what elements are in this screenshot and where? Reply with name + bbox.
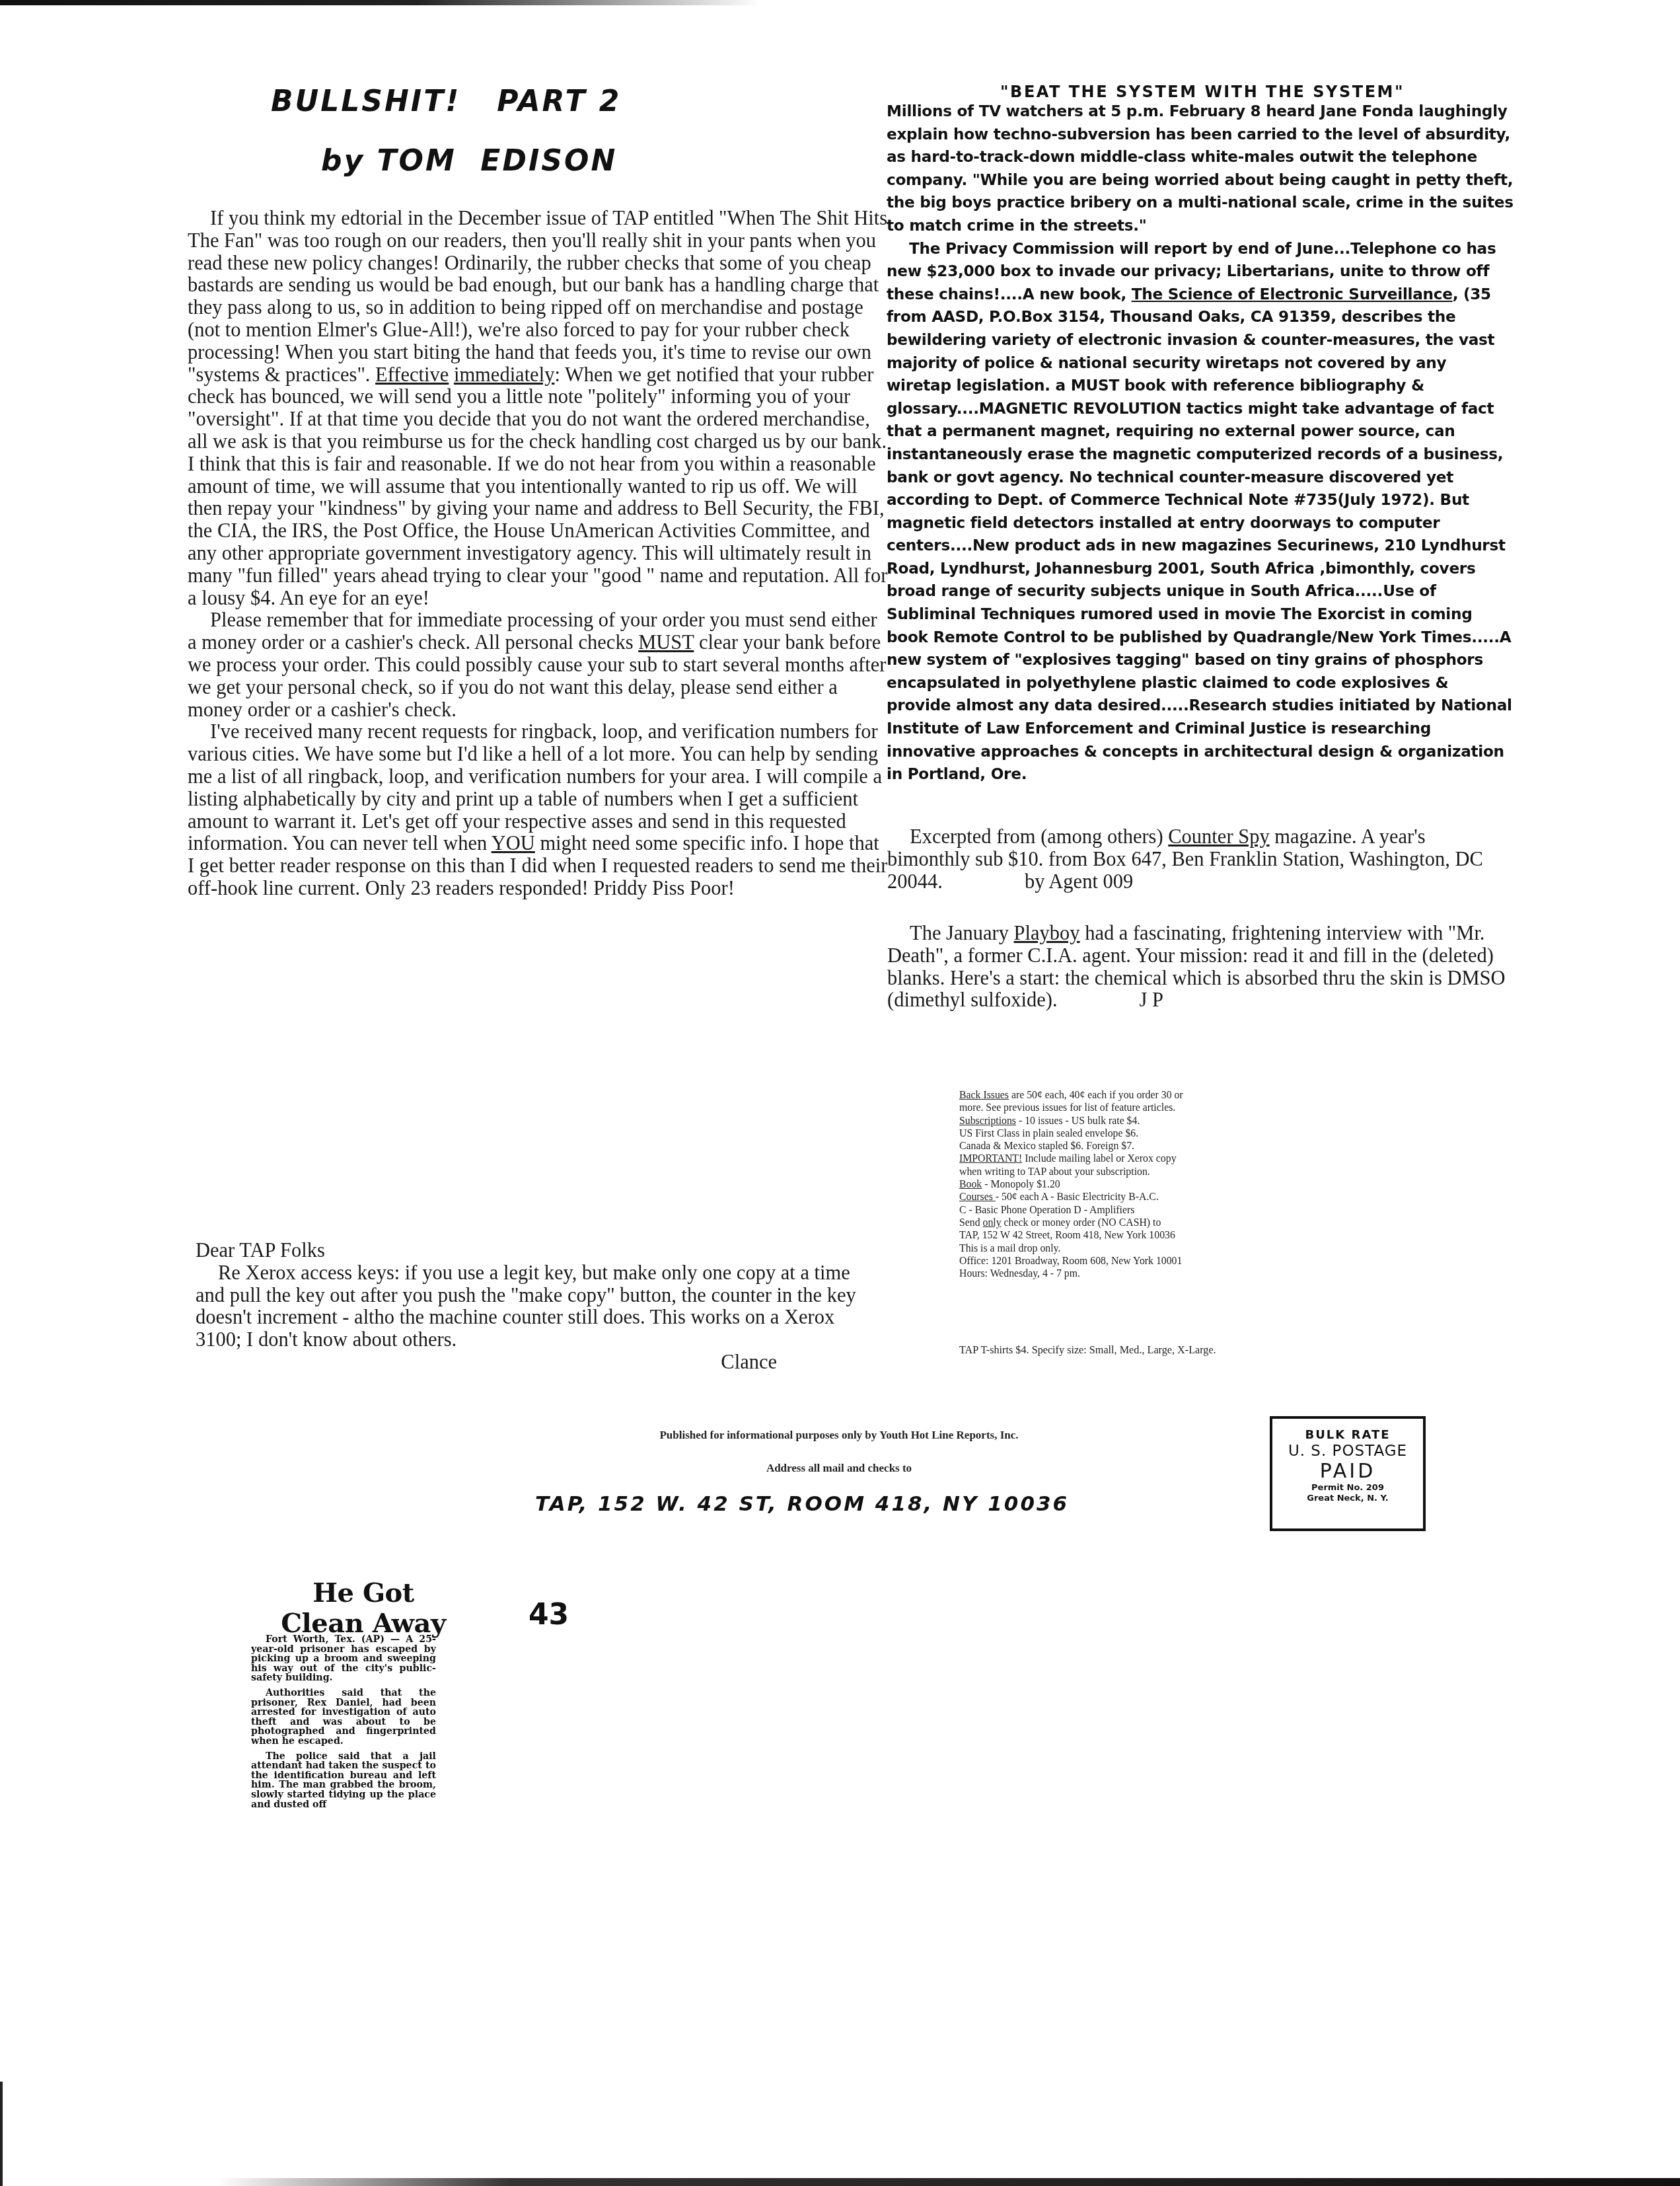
info-line: This is a mail drop only. — [959, 1242, 1382, 1255]
info-line: C - Basic Phone Operation D - Amplifiers — [959, 1204, 1382, 1217]
underlined-text: Courses — [959, 1191, 996, 1203]
underlined-text: Playboy — [1014, 922, 1080, 944]
article-paragraph: Please remember that for immediate proce… — [188, 609, 888, 721]
scan-edge-top — [0, 0, 760, 5]
subscription-info: Back Issues are 50¢ each, 40¢ each if yo… — [959, 1089, 1382, 1280]
article-paragraph: I've received many recent requests for r… — [188, 721, 888, 899]
info-line: TAP, 152 W 42 Street, Room 418, New York… — [959, 1229, 1382, 1242]
news-heading: "BEAT THE SYSTEM WITH THE SYSTEM" — [938, 83, 1467, 101]
letter-salutation: Dear TAP Folks — [196, 1240, 856, 1262]
info-line: US First Class in plain sealed envelope … — [959, 1127, 1382, 1140]
info-line: Canada & Mexico stapled $6. Foreign $7. — [959, 1140, 1382, 1152]
clipping-body: Fort Worth, Tex. (AP) — A 25-year-old pr… — [251, 1635, 436, 1815]
underlined-text: MUST — [638, 631, 694, 654]
stamp-line: BULK RATE — [1272, 1428, 1423, 1442]
publisher-note: Published for informational purposes onl… — [542, 1429, 1136, 1442]
info-line: Courses - 50¢ each A - Basic Electricity… — [959, 1191, 1382, 1203]
underlined-text: YOU — [492, 832, 535, 854]
underlined-text: Counter Spy — [1168, 825, 1269, 848]
scan-edge-bottom — [218, 2178, 1680, 2186]
clipping-paragraph: The police said that a jail attendant ha… — [251, 1752, 436, 1810]
info-line: Back Issues are 50¢ each, 40¢ each if yo… — [959, 1089, 1382, 1102]
info-line: Hours: Wednesday, 4 - 7 pm. — [959, 1267, 1382, 1280]
info-line: Subscriptions - 10 issues - US bulk rate… — [959, 1115, 1382, 1127]
stamp-line: PAID — [1272, 1460, 1423, 1483]
article-byline: by TOM EDISON — [321, 144, 784, 178]
info-line: when writing to TAP about your subscript… — [959, 1166, 1382, 1178]
postage-stamp: BULK RATE U. S. POSTAGE PAID Permit No. … — [1270, 1416, 1426, 1531]
info-line: Office: 1201 Broadway, Room 608, New Yor… — [959, 1255, 1382, 1267]
underlined-text: only — [983, 1217, 1002, 1228]
letter-body: Re Xerox access keys: if you use a legit… — [196, 1262, 856, 1351]
clipping-paragraph: Fort Worth, Tex. (AP) — A 25-year-old pr… — [251, 1635, 436, 1683]
excerpt-signature: by Agent 009 — [1002, 871, 1133, 893]
mailing-address: TAP, 152 W. 42 ST, ROOM 418, NY 10036 — [535, 1492, 1156, 1516]
underlined-text: Book — [959, 1179, 982, 1190]
page-number: 43 — [529, 1598, 569, 1632]
info-line: more. See previous issues for list of fe… — [959, 1102, 1382, 1114]
underlined-text: Back Issues — [959, 1090, 1009, 1101]
article-title: BULLSHIT! PART 2 — [271, 85, 773, 118]
stamp-line: U. S. POSTAGE — [1272, 1442, 1423, 1460]
article-body: If you think my edtorial in the December… — [188, 207, 888, 900]
underlined-text: Subscriptions — [959, 1115, 1016, 1127]
letter-signature: Clance — [196, 1351, 856, 1374]
playboy-note: The January Playboy had a fascinating, f… — [887, 923, 1515, 1012]
scan-edge-left — [0, 2082, 3, 2186]
clipping-paragraph: Authorities said that the prisoner, Rex … — [251, 1688, 436, 1747]
playboy-signature: J P — [1117, 989, 1163, 1012]
info-line: IMPORTANT! Include mailing label or Xero… — [959, 1152, 1382, 1165]
playboy-text: The January Playboy had a fascinating, f… — [887, 922, 1506, 1011]
stamp-line: Great Neck, N. Y. — [1272, 1493, 1423, 1504]
underlined-text: IMPORTANT! — [959, 1153, 1022, 1164]
excerpt-text: Excerpted from (among others) Counter Sp… — [887, 825, 1483, 893]
excerpt-note: Excerpted from (among others) Counter Sp… — [887, 826, 1508, 893]
reader-letter: Dear TAP Folks Re Xerox access keys: if … — [196, 1240, 856, 1374]
tshirt-offer: TAP T-shirts $4. Specify size: Small, Me… — [959, 1344, 1408, 1357]
stamp-line: Permit No. 209 — [1272, 1483, 1423, 1493]
news-body: Millions of TV watchers at 5 p.m. Februa… — [887, 100, 1514, 786]
article-paragraph: If you think my edtorial in the December… — [188, 207, 888, 609]
underlined-text: The Science of Electronic Surveillance — [1132, 285, 1453, 303]
address-lead: Address all mail and checks to — [542, 1462, 1136, 1475]
news-paragraph: Millions of TV watchers at 5 p.m. Februa… — [887, 100, 1514, 238]
news-paragraph: The Privacy Commission will report by en… — [887, 238, 1514, 786]
underlined-text: immediately — [454, 363, 554, 386]
underlined-text: Effective — [375, 363, 449, 386]
info-line: Send only check or money order (NO CASH)… — [959, 1217, 1382, 1229]
clipping-headline: He Got Clean Away — [264, 1578, 462, 1639]
info-line: Book - Monopoly $1.20 — [959, 1178, 1382, 1191]
